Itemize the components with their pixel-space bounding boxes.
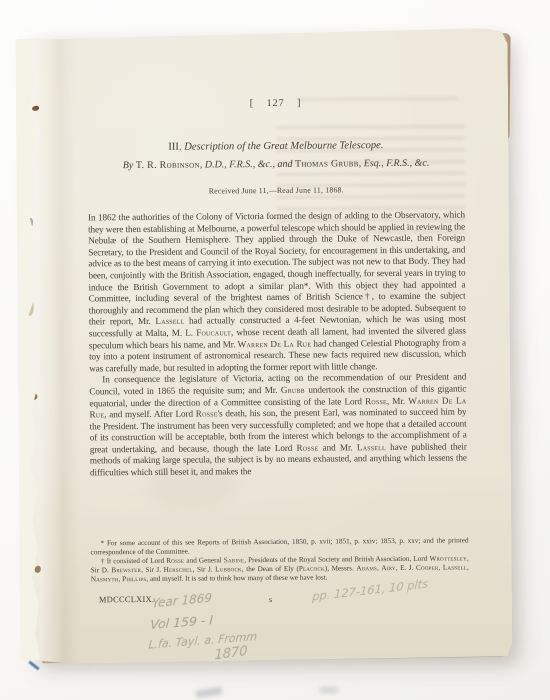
paper-sheet: [ 127 ] III. Description of the Great Me…: [24, 28, 513, 664]
blue-ink-mark: [28, 661, 39, 671]
pencil-note: Year 1869: [152, 591, 212, 611]
pencil-note: pp. 127-161, 10 plts: [312, 577, 429, 604]
pencil-annotations: Year 1869Vol 159 - IL.fa. Tayl. a. Fromm…: [24, 28, 513, 664]
pencil-note: 1870: [214, 644, 247, 663]
smudge: [196, 687, 223, 698]
photo-background: [ 127 ] III. Description of the Great Me…: [0, 0, 550, 700]
smudge: [320, 687, 338, 693]
page-content: [ 127 ] III. Description of the Great Me…: [24, 28, 513, 664]
pencil-note: Vol 159 - I: [150, 612, 214, 632]
